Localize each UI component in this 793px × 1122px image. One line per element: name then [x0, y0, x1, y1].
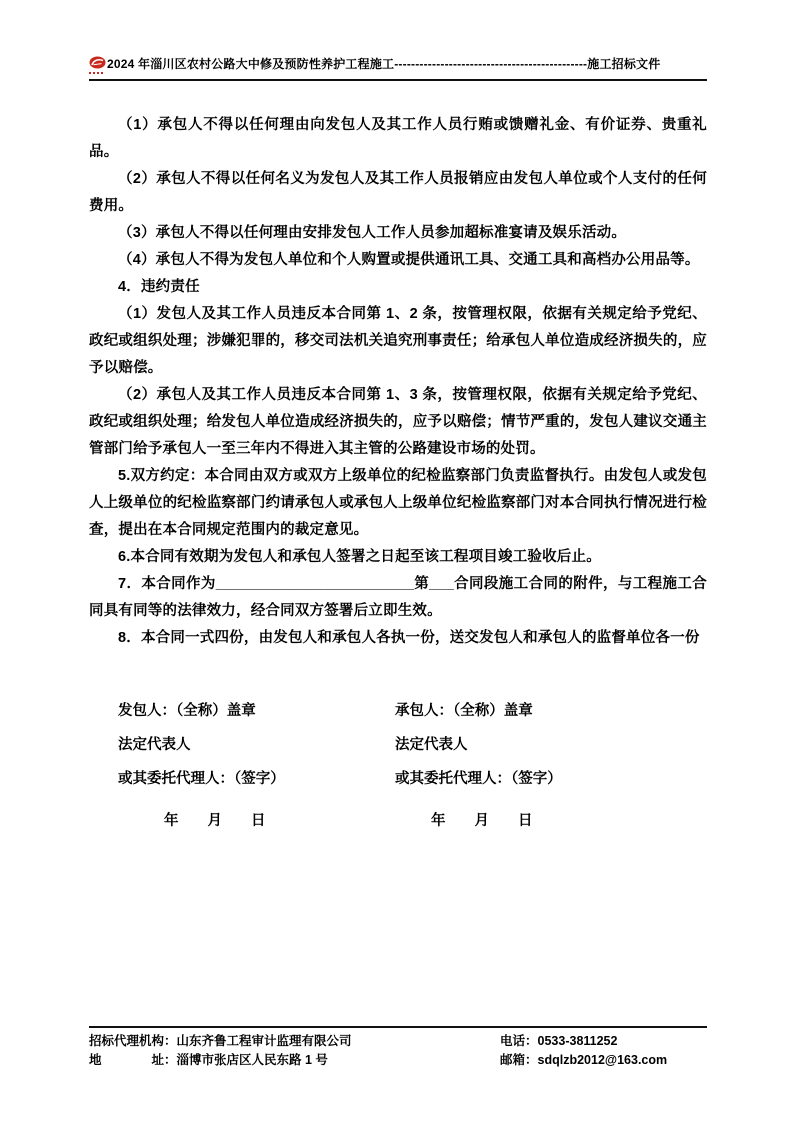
contract-paragraph-with-blanks: 7．本合同作为________________________第___合同段施工… — [89, 571, 707, 625]
address-value: 淄博市张店区人民东路 1 号 — [177, 1053, 328, 1067]
phone-label: 电话： — [500, 1034, 538, 1048]
company-logo-icon — [89, 56, 106, 74]
phone-line: 电话：0533-3811252 — [500, 1032, 707, 1051]
document-title: 2024 年淄川区农村公路大中修及预防性养护工程施工--------------… — [107, 57, 660, 71]
contract-paragraph: 8．本合同一式四份，由发包人和承包人各执一份，送交发包人和承包人的监督单位各一份 — [89, 625, 707, 652]
contract-paragraph: （3）承包人不得以任何理由安排发包人工作人员参加超标准宴请及娱乐活动。 — [89, 220, 707, 247]
signature-section: 发包人：（全称）盖章 法定代表人 或其委托代理人：（签字） 年 月 日 承包人：… — [89, 694, 707, 838]
employer-agent-line: 或其委托代理人：（签字） — [118, 762, 395, 796]
footer-contact-block: 电话：0533-3811252 邮箱：sdqlzb2012@163.com — [500, 1032, 707, 1070]
logo-caption — [89, 72, 104, 74]
address-line: 地 址：淄博市张店区人民东路 1 号 — [89, 1051, 500, 1070]
address-label: 地 址： — [89, 1053, 177, 1067]
contract-section-heading: 4．违约责任 — [89, 274, 707, 301]
employer-party-line: 发包人：（全称）盖章 — [118, 694, 395, 728]
contractor-date-line: 年 月 日 — [395, 804, 707, 838]
agency-label: 招标代理机构： — [89, 1034, 177, 1048]
page-header: 2024 年淄川区农村公路大中修及预防性养护工程施工--------------… — [89, 54, 707, 81]
phone-value: 0533-3811252 — [538, 1034, 618, 1048]
employer-date-line: 年 月 日 — [118, 804, 395, 838]
page-footer: 招标代理机构：山东齐鲁工程审计监理有限公司 地 址：淄博市张店区人民东路 1 号… — [89, 1026, 707, 1070]
email-label: 邮箱： — [500, 1053, 538, 1067]
contract-body: （1）承包人不得以任何理由向发包人及其工作人员行贿或馈赠礼金、有价证券、贵重礼品… — [89, 112, 707, 652]
contractor-signature-block: 承包人：（全称）盖章 法定代表人 或其委托代理人：（签字） 年 月 日 — [395, 694, 707, 838]
footer-agency-block: 招标代理机构：山东齐鲁工程审计监理有限公司 地 址：淄博市张店区人民东路 1 号 — [89, 1032, 500, 1070]
contract-paragraph: （2）承包人及其工作人员违反本合同第 1、3 条，按管理权限，依据有关规定给予党… — [89, 382, 707, 463]
agency-name: 山东齐鲁工程审计监理有限公司 — [177, 1034, 352, 1048]
agency-line: 招标代理机构：山东齐鲁工程审计监理有限公司 — [89, 1032, 500, 1051]
contractor-legal-representative-line: 法定代表人 — [395, 728, 707, 762]
employer-legal-representative-line: 法定代表人 — [118, 728, 395, 762]
email-line: 邮箱：sdqlzb2012@163.com — [500, 1051, 707, 1070]
contractor-agent-line: 或其委托代理人：（签字） — [395, 762, 707, 796]
contractor-party-line: 承包人：（全称）盖章 — [395, 694, 707, 728]
contract-paragraph: 6.本合同有效期为发包人和承包人签署之日起至该工程项目竣工验收后止。 — [89, 544, 707, 571]
document-page: 2024 年淄川区农村公路大中修及预防性养护工程施工--------------… — [0, 0, 793, 1122]
contract-paragraph: （1）承包人不得以任何理由向发包人及其工作人员行贿或馈赠礼金、有价证券、贵重礼品… — [89, 112, 707, 166]
contract-paragraph: （1）发包人及其工作人员违反本合同第 1、2 条，按管理权限，依据有关规定给予党… — [89, 301, 707, 382]
email-value: sdqlzb2012@163.com — [538, 1053, 668, 1067]
employer-signature-block: 发包人：（全称）盖章 法定代表人 或其委托代理人：（签字） 年 月 日 — [89, 694, 395, 838]
contract-paragraph: （4）承包人不得为发包人单位和个人购置或提供通讯工具、交通工具和高档办公用品等。 — [89, 247, 707, 274]
contract-paragraph: 5.双方约定：本合同由双方或双方上级单位的纪检监察部门负责监督执行。由发包人或发… — [89, 463, 707, 544]
contract-paragraph: （2）承包人不得以任何名义为发包人及其工作人员报销应由发包人单位或个人支付的任何… — [89, 166, 707, 220]
